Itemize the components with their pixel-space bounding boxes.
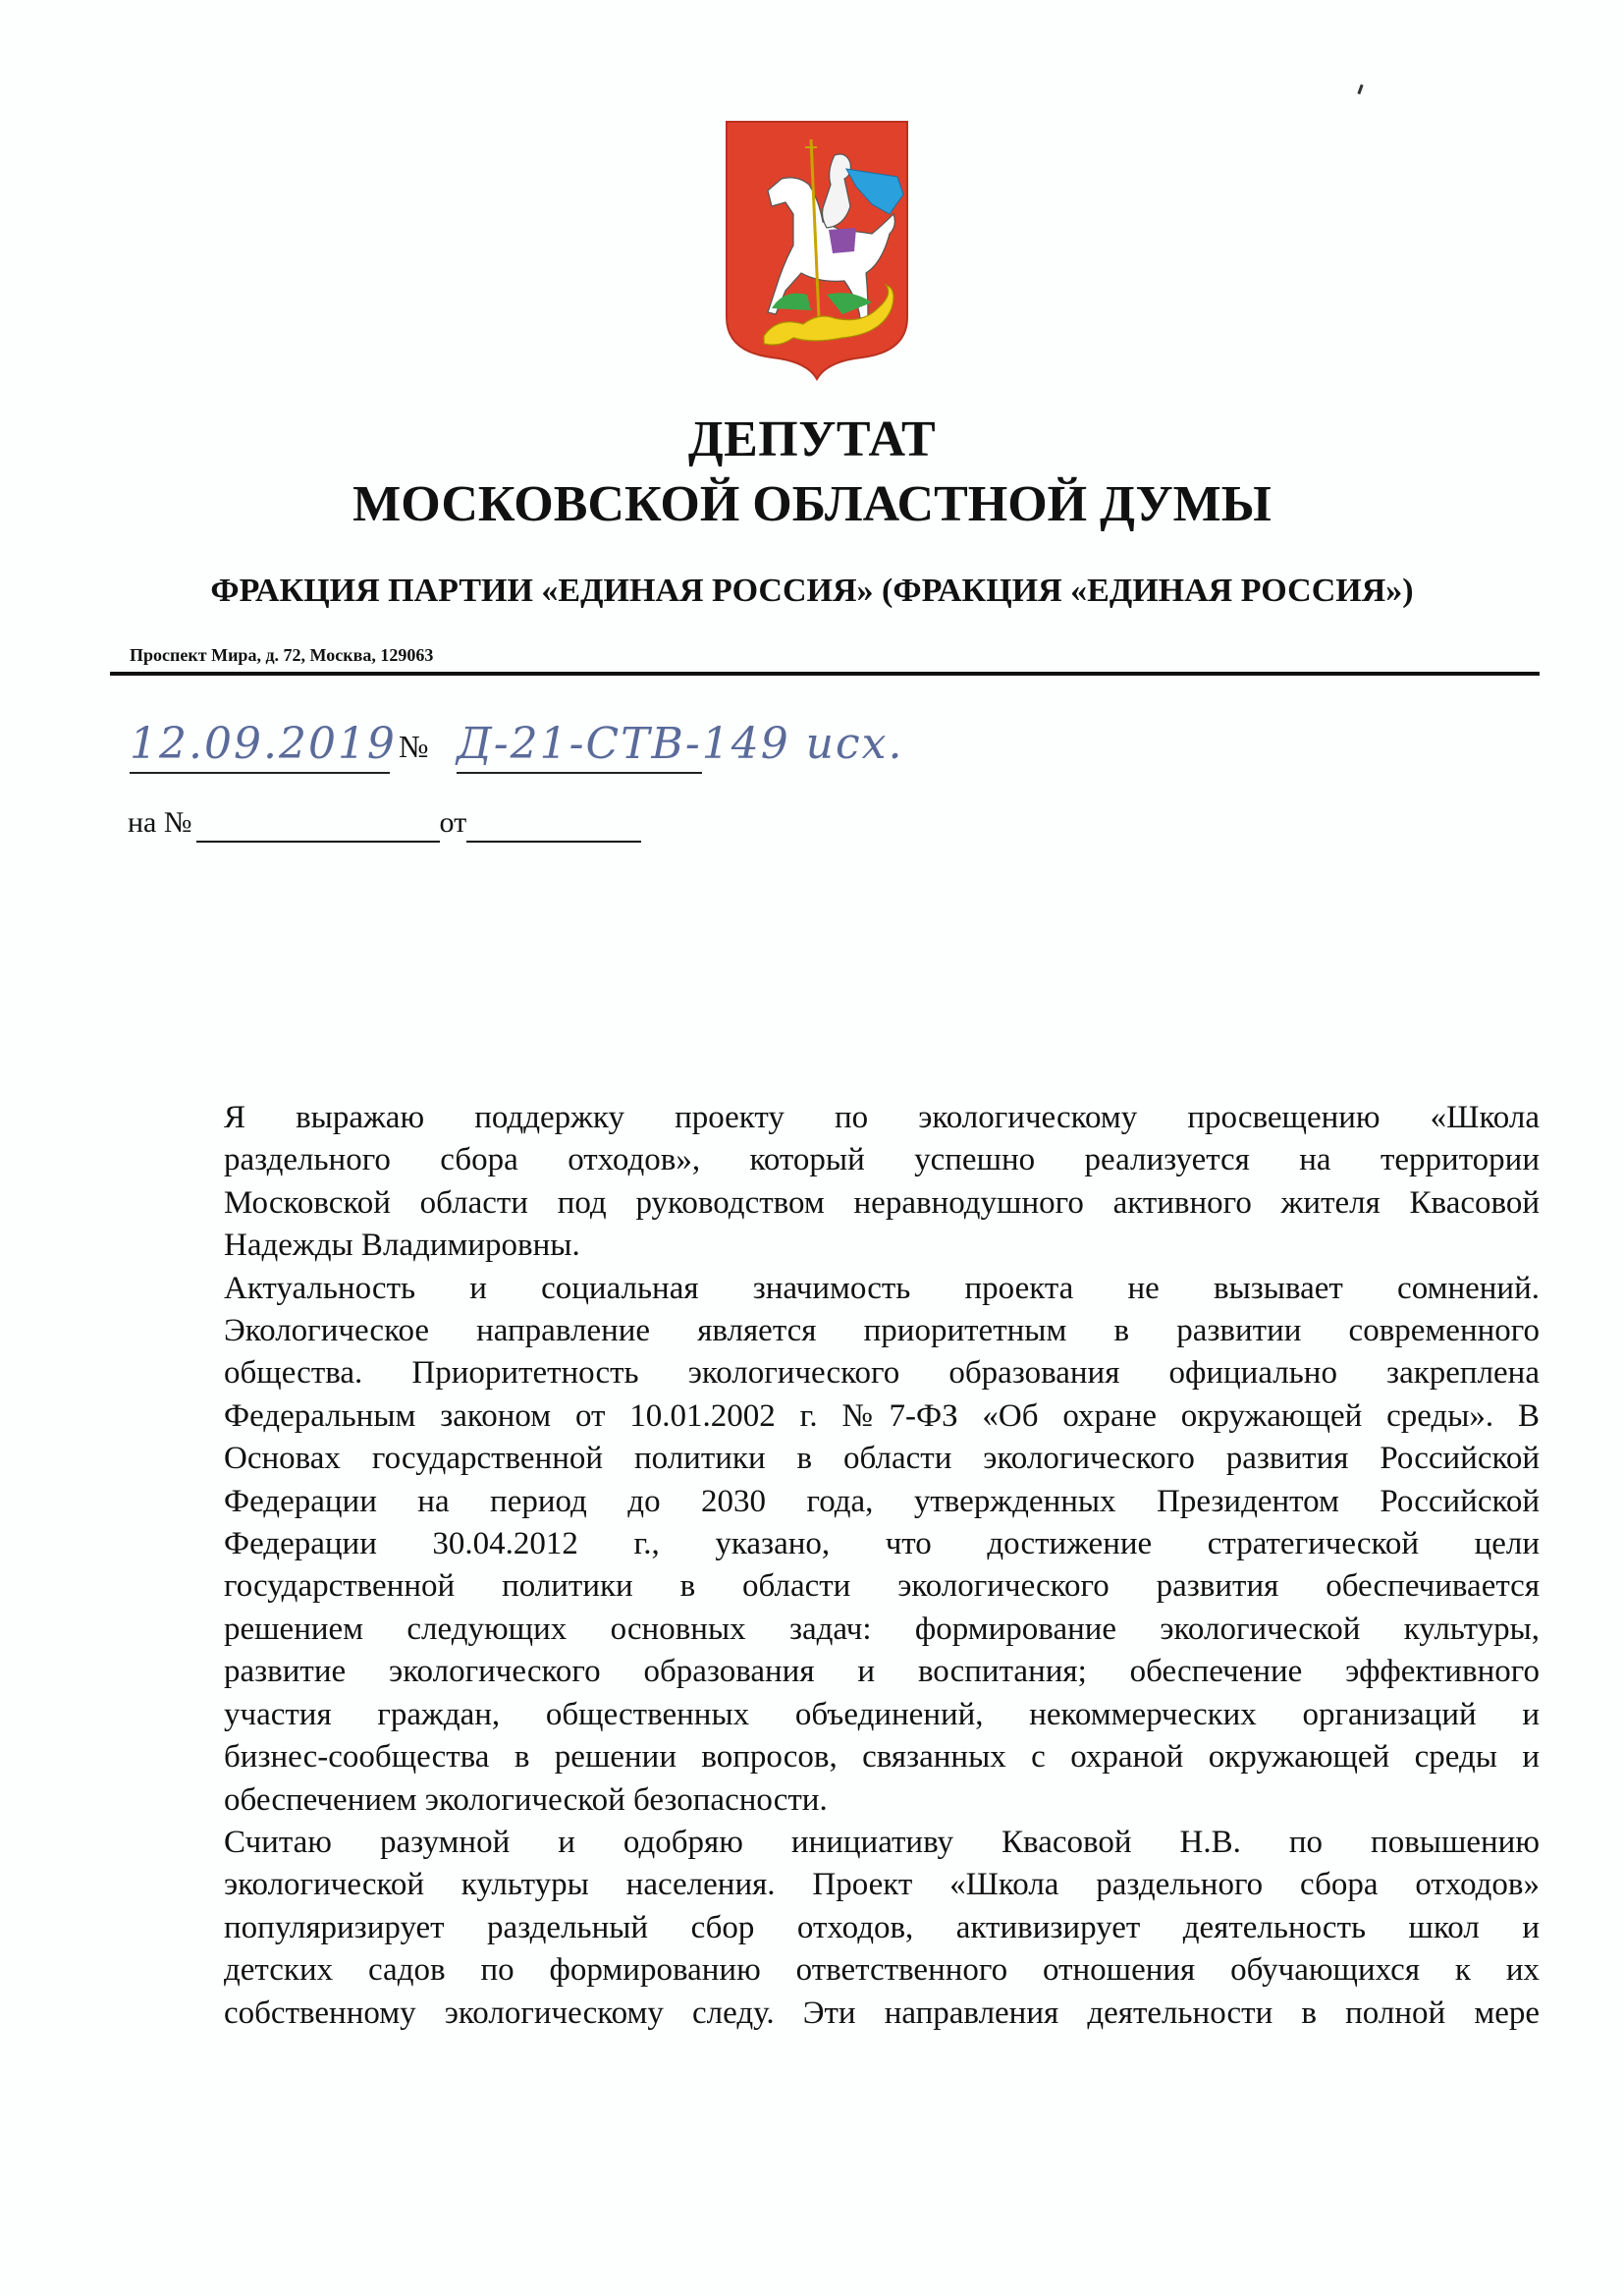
body-paragraph-3: Считаю разумной и одобряю инициативу Ква… <box>130 1822 1540 2035</box>
handwritten-outgoing-number: Д-21-СТВ-149 исх. <box>457 717 702 774</box>
handwritten-date: 12.09.2019 <box>130 717 390 774</box>
reply-date-label: от <box>440 806 467 839</box>
body-line: обеспечением экологической безопасности. <box>130 1779 1540 1822</box>
reply-reference: на №от <box>128 803 641 843</box>
body-line: бизнес-сообщества в решении вопросов, св… <box>130 1736 1540 1778</box>
reply-date-blank <box>466 811 641 843</box>
outgoing-reference: 12.09.2019 № Д-21-СТВ-149 исх. <box>118 717 1296 776</box>
number-sign: № <box>399 729 429 765</box>
body-paragraph-2: Актуальность и социальная значимость про… <box>130 1268 1540 1822</box>
body-line: экологической культуры населения. Проект… <box>130 1864 1540 1906</box>
body-line: развитие экологического образования и во… <box>130 1651 1540 1693</box>
body-line: Московской области под руководством нера… <box>130 1182 1540 1225</box>
body-line: государственной политики в области эколо… <box>130 1565 1540 1608</box>
reply-number-blank <box>196 811 440 843</box>
scan-speck <box>1357 84 1363 94</box>
reply-number-label: на № <box>128 806 192 839</box>
body-line: Я выражаю поддержку проекту по экологиче… <box>130 1097 1540 1139</box>
letterhead-faction: ФРАКЦИЯ ПАРТИИ «ЕДИНАЯ РОССИЯ» (ФРАКЦИЯ … <box>0 572 1624 611</box>
letterhead-address: Проспект Мира, д. 72, Москва, 129063 <box>130 644 433 666</box>
body-line: участия граждан, общественных объединени… <box>130 1694 1540 1736</box>
body-line: решением следующих основных задач: форми… <box>130 1609 1540 1651</box>
letterhead-subtitle: МОСКОВСКОЙ ОБЛАСТНОЙ ДУМЫ <box>0 475 1624 534</box>
body-line: Экологическое направление является приор… <box>130 1310 1540 1352</box>
body-line: Считаю разумной и одобряю инициативу Ква… <box>130 1822 1540 1864</box>
body-line: Федеральным законом от 10.01.2002 г. №7-… <box>130 1395 1540 1438</box>
body-line: собственному экологическому следу. Эти н… <box>130 1993 1540 2035</box>
body-line: популяризирует раздельный сбор отходов, … <box>130 1907 1540 1949</box>
body-line: раздельного сбора отходов», который успе… <box>130 1139 1540 1181</box>
header-divider <box>110 672 1540 676</box>
body-line: Надежды Владимировны. <box>130 1225 1540 1267</box>
letter-body: Я выражаю поддержку проекту по экологиче… <box>130 1097 1540 2035</box>
body-line: Актуальность и социальная значимость про… <box>130 1268 1540 1310</box>
body-line: Федерации на период до 2030 года, утверж… <box>130 1481 1540 1523</box>
body-paragraph-1: Я выражаю поддержку проекту по экологиче… <box>130 1097 1540 1268</box>
body-line: детских садов по формированию ответствен… <box>130 1949 1540 1992</box>
letterhead-title: ДЕПУТАТ <box>0 410 1624 469</box>
letter-page: ДЕПУТАТ МОСКОВСКОЙ ОБЛАСТНОЙ ДУМЫ ФРАКЦИ… <box>0 0 1624 2296</box>
body-line: Основах государственной политики в облас… <box>130 1438 1540 1480</box>
body-line: Федерации 30.04.2012 г., указано, что до… <box>130 1523 1540 1565</box>
body-line: общества. Приоритетность экологического … <box>130 1352 1540 1394</box>
moscow-oblast-coat-of-arms-icon <box>725 116 909 381</box>
